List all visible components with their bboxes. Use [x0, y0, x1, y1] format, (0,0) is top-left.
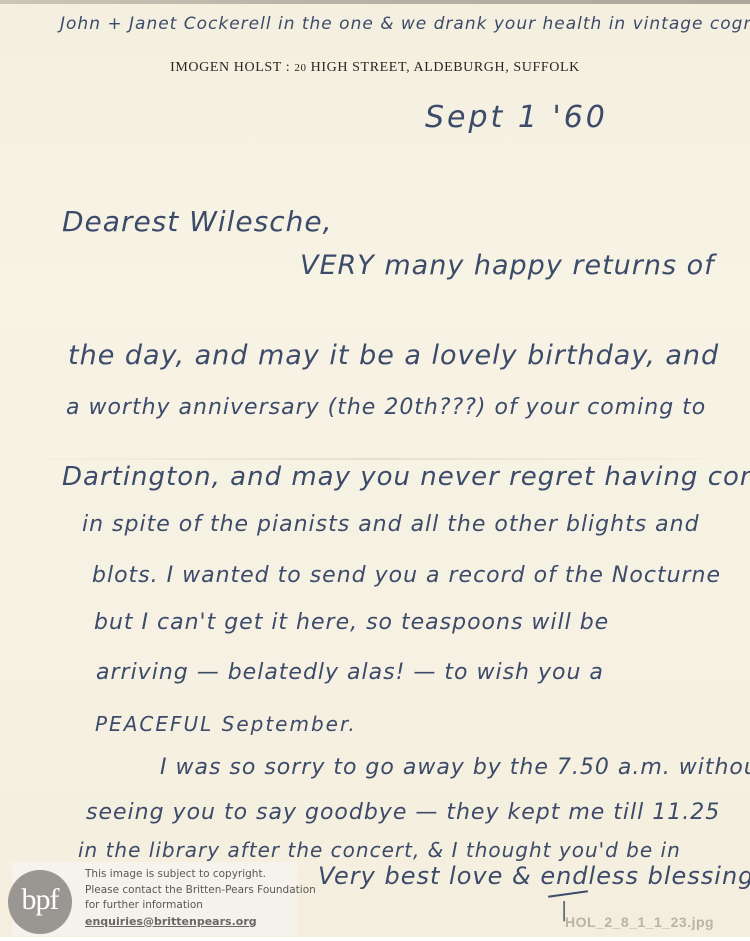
letter-line: in the library after the concert, & I th…: [78, 838, 681, 862]
letter-date: Sept 1 '60: [425, 100, 608, 135]
letter-line: VERY many happy returns of: [300, 250, 715, 281]
closing: Very best love & endless blessings,: [318, 862, 750, 890]
letter-line: PEACEFUL September.: [95, 712, 357, 736]
paper-top-edge: [0, 0, 750, 4]
letterhead-name: IMOGEN HOLST: [170, 60, 282, 75]
copyright-line-2: Please contact the Britten-Pears Foundat…: [85, 883, 316, 899]
paper-fold-line: [0, 458, 750, 460]
letterhead-separator: :: [282, 60, 295, 75]
handwritten-top-note: John + Janet Cockerell in the one & we d…: [60, 14, 750, 34]
letter-line: arriving — belatedly alas! — to wish you…: [96, 660, 604, 685]
letter-line: the day, and may it be a lovely birthday…: [68, 340, 719, 371]
letter-line: I was so sorry to go away by the 7.50 a.…: [160, 755, 750, 780]
letter-line: blots. I wanted to send you a record of …: [92, 563, 721, 588]
copyright-line-3: for further information: [85, 898, 316, 914]
copyright-notice: This image is subject to copyright. Plea…: [85, 867, 316, 929]
paper-bottom-edge: [0, 937, 750, 941]
letter-page: John + Janet Cockerell in the one & we d…: [0, 0, 750, 941]
image-filename: HOL_2_8_1_1_23.jpg: [565, 914, 714, 930]
letter-line: but I can't get it here, so teaspoons wi…: [94, 610, 609, 635]
letterhead-address: HIGH STREET, ALDEBURGH, SUFFOLK: [307, 60, 580, 75]
letterhead: IMOGEN HOLST : 20 HIGH STREET, ALDEBURGH…: [0, 60, 750, 76]
letter-line: a worthy anniversary (the 20th???) of yo…: [66, 395, 706, 420]
letter-line: Dartington, and may you never regret hav…: [62, 462, 750, 492]
enquiries-email-link[interactable]: enquiries@brittenpears.org: [85, 914, 316, 930]
letter-line: in spite of the pianists and all the oth…: [82, 512, 700, 537]
copyright-line-1: This image is subject to copyright.: [85, 867, 316, 883]
salutation: Dearest Wilesche,: [62, 205, 332, 238]
bpf-logo: bpf: [8, 870, 72, 934]
letter-line: seeing you to say goodbye — they kept me…: [86, 800, 720, 825]
letterhead-number: 20: [294, 62, 306, 74]
